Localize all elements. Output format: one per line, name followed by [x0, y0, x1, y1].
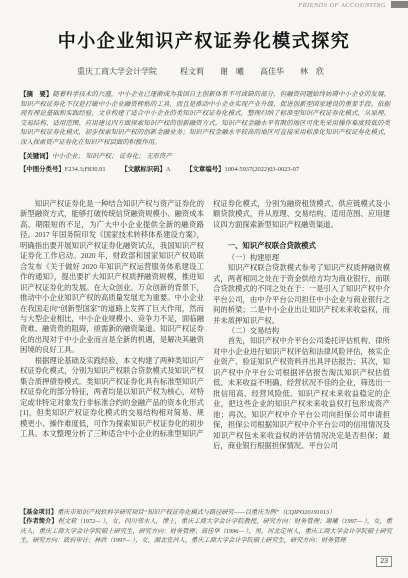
author-bio-text: 程文莉（1972— ），女，四川邻水人，博士，重庆工商大学会计学院教授，研究方向…: [20, 518, 392, 544]
meta-block: 【摘 要】随着科学技术的兴盛，中小企业已逐渐成为我国自主创新体系不可或缺的部分，…: [20, 90, 390, 175]
page-title: 中小企业知识产权证券化模式探究: [0, 27, 408, 53]
footnotes: 【基金项目】重庆市知识产权软科学研究项目“知识产权证券化模式与路径研究——以重庆…: [20, 508, 392, 546]
author-name: 谢 曦: [220, 67, 244, 76]
doc-code-label: 【文献标识码】: [121, 166, 166, 173]
doc-code-value: A: [166, 166, 171, 173]
subsection-heading: （二）交易结构: [213, 326, 390, 336]
body-paragraph: 知识产权证券化是一种结合知识产权与资产证券化的新型融资方式，能够打破传统信贷融资…: [20, 199, 204, 356]
keywords-text: 中小企业； 知识产权； 证券化； 无形资产: [52, 153, 172, 160]
article-no-pair: 【文章编号】1004-5937(2022)03-0023-07: [186, 166, 299, 173]
clc-value: F234.3;F830.91: [65, 166, 106, 173]
fund-project-label: 【基金项目】: [20, 509, 57, 516]
body-left-column: 知识产权证券化是一种结合知识产权与资产证券化的新型融资方式，能够打破传统信贷融资…: [20, 199, 204, 503]
body-paragraph: 首先，知识产权中介平台公司委托评估机构、律所对中小企业进行知识产权评估和法律风险…: [213, 336, 390, 451]
section-heading: 一、知识产权联合贷款模式: [213, 241, 390, 251]
journal-name-english: FRIENDS OF ACCOUNTING: [298, 2, 386, 9]
affiliation: 重庆工商大学会计学院: [77, 67, 157, 76]
byline: 重庆工商大学会计学院 程文莉 谢 曦 高佳华 林 欣: [0, 66, 408, 77]
page-number-badge: 23: [376, 556, 392, 567]
author-bio-label: 【作者简介】: [20, 518, 58, 525]
fund-project-note: 【基金项目】重庆市知识产权软科学研究项目“知识产权证券化模式与路径研究——以重庆…: [20, 508, 392, 517]
body-paragraph: 知识产权联合贷款模式参考了知识产权质押融资模式，两者相同之处在于资金供给方均为商…: [213, 263, 390, 326]
keywords: 【关键词】中小企业； 知识产权； 证券化； 无形资产: [20, 152, 390, 162]
author-name: 程文莉: [180, 67, 204, 76]
clc-label: 【中图分类号】: [20, 166, 65, 173]
author-name: 林 欣: [300, 67, 324, 76]
keywords-label: 【关键词】: [20, 153, 52, 160]
abstract-label: 【摘 要】: [20, 91, 52, 98]
page: FRIENDS OF ACCOUNTING 中小企业知识产权证券化模式探究 重庆…: [0, 0, 408, 578]
body-right-column: 权证券化模式，分别为融资租赁模式、供应链模式及小额贷款模式，并从原理、交易结构、…: [213, 199, 390, 503]
article-no-label: 【文章编号】: [186, 166, 224, 173]
author-bio-note: 【作者简介】程文莉（1972— ），女，四川邻水人，博士，重庆工商大学会计学院教…: [20, 517, 392, 545]
author-name: 高佳华: [260, 67, 284, 76]
subsection-heading: （一）构建原理: [213, 253, 390, 263]
doc-code-pair: 【文献标识码】A: [121, 166, 170, 173]
body-paragraph-continuation: 权证券化模式，分别为融资租赁模式、供应链模式及小额贷款模式，并从原理、交易结构、…: [213, 199, 390, 230]
fund-project-text: 重庆市知识产权软科学研究项目“知识产权证券化模式与路径研究——以重庆为例”（CQ…: [57, 509, 335, 516]
clc-pair: 【中图分类号】F234.3;F830.91: [20, 166, 106, 173]
classification-line: 【中图分类号】F234.3;F830.91 【文献标识码】A 【文章编号】100…: [20, 165, 390, 175]
corner-decoration-block: [391, 1, 408, 8]
abstract-text: 随着科学技术的兴盛，中小企业已逐渐成为我国自主创新体系不可或缺的部分，但融资问题…: [20, 91, 390, 146]
article-no-value: 1004-5937(2022)03-0023-07: [225, 166, 300, 173]
abstract: 【摘 要】随着科学技术的兴盛，中小企业已逐渐成为我国自主创新体系不可或缺的部分，…: [20, 90, 390, 148]
body-paragraph: 根据理论基础及实践经验，本文构建了两种类知识产权证券化模式，分别为知识产权联合贷…: [20, 356, 204, 440]
